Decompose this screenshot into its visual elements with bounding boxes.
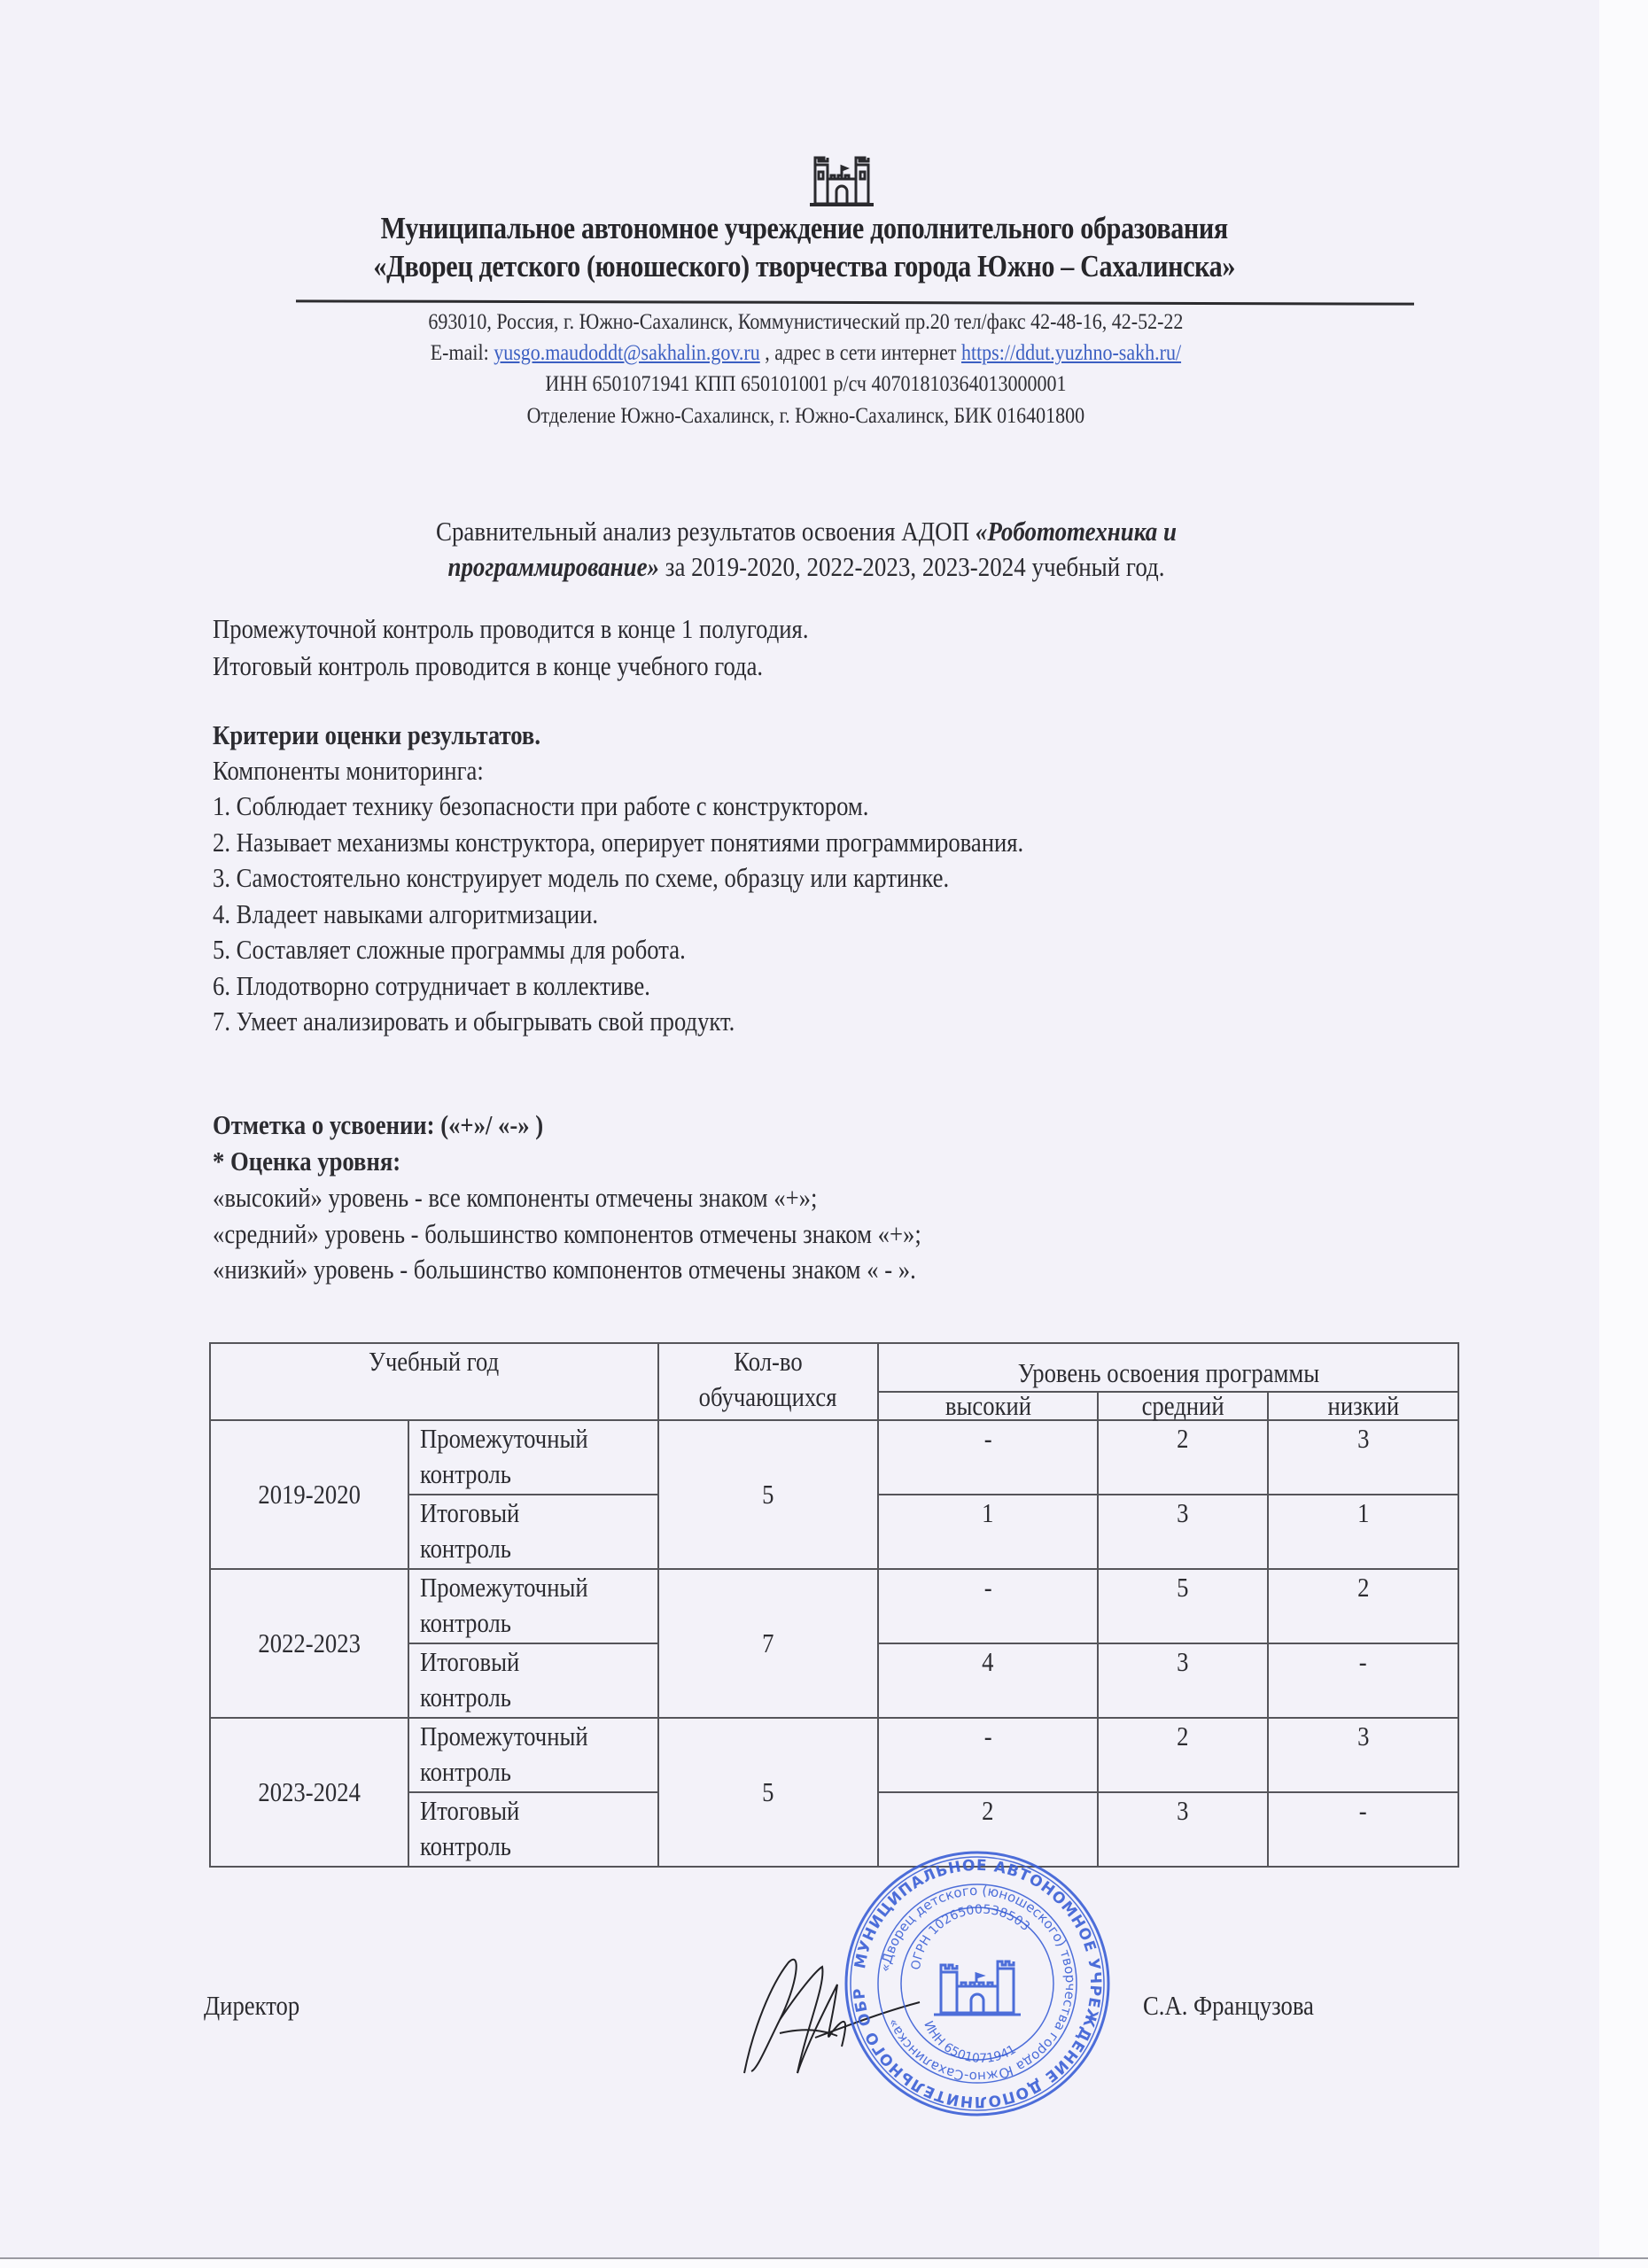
year-cell: 2022-2023 xyxy=(210,1569,408,1718)
level-medium-cell: 3 xyxy=(1098,1792,1268,1867)
website-link[interactable]: https://ddut.yuzhno-sakh.ru/ xyxy=(961,341,1181,365)
org-name-line2: «Дворец детского (юношеского) творчества… xyxy=(117,249,1492,284)
requisites-line: ИНН 6501071941 КПП 650101001 р/сч 407018… xyxy=(102,372,1509,397)
level-low-cell: 3 xyxy=(1268,1420,1458,1495)
student-count-cell: 5 xyxy=(658,1718,878,1867)
level-high-cell: - xyxy=(878,1569,1098,1643)
level-description: «низкий» уровень - большинство компонент… xyxy=(213,1254,916,1285)
header-medium: средний xyxy=(1098,1392,1268,1420)
results-table: Учебный год Кол-во обучающихся Уровень о… xyxy=(209,1342,1459,1868)
header-high: высокий xyxy=(878,1392,1098,1420)
program-name-part2: программирование» xyxy=(447,551,659,582)
document-title-line2: программирование» за 2019-2020, 2022-202… xyxy=(111,549,1502,585)
control-type-cell: Промежуточныйконтроль xyxy=(408,1420,658,1495)
header-divider xyxy=(296,299,1414,305)
control-type-cell: Промежуточныйконтроль xyxy=(408,1718,658,1792)
email-label: E-mail: xyxy=(431,341,494,365)
student-count-cell: 7 xyxy=(658,1569,878,1718)
level-low-cell: 1 xyxy=(1268,1495,1458,1569)
header-level-group: Уровень освоения программы xyxy=(878,1343,1458,1392)
document-page: Муниципальное автономное учреждение допо… xyxy=(0,0,1599,2257)
control-type-cell: Итоговыйконтроль xyxy=(408,1495,658,1569)
mark-heading: Отметка о усвоении: («+»/ «-» ) xyxy=(213,1109,543,1141)
website-label: , адрес в сети интернет xyxy=(760,341,961,365)
header-year: Учебный год xyxy=(210,1343,658,1420)
components-label: Компоненты мониторинга: xyxy=(213,755,484,787)
scan-margin-right xyxy=(1599,0,1648,2268)
control-type-cell: Итоговыйконтроль xyxy=(408,1643,658,1718)
document-title-line1: Сравнительный анализ результатов освоени… xyxy=(111,514,1502,549)
year-cell: 2019-2020 xyxy=(210,1420,408,1569)
level-high-cell: 4 xyxy=(878,1643,1098,1718)
criteria-item: 6. Плодотворно сотрудничает в коллективе… xyxy=(213,970,650,1002)
intro-line1: Промежуточной контроль проводится в конц… xyxy=(213,613,808,645)
email-link[interactable]: yusgo.maudoddt@sakhalin.gov.ru xyxy=(494,341,760,365)
criteria-item: 5. Составляет сложные программы для робо… xyxy=(213,934,686,966)
level-medium-cell: 2 xyxy=(1098,1718,1268,1792)
criteria-item: 2. Называет механизмы конструктора, опер… xyxy=(213,827,1023,858)
level-low-cell: 2 xyxy=(1268,1569,1458,1643)
title-prefix: Сравнительный анализ результатов освоени… xyxy=(436,516,976,547)
level-low-cell: 3 xyxy=(1268,1718,1458,1792)
header-low: низкий xyxy=(1268,1392,1458,1420)
level-description: «средний» уровень - большинство компонен… xyxy=(213,1218,921,1250)
criteria-item: 1. Соблюдает технику безопасности при ра… xyxy=(213,790,868,822)
level-description: «высокий» уровень - все компоненты отмеч… xyxy=(213,1182,817,1214)
level-medium-cell: 2 xyxy=(1098,1420,1268,1495)
header-student-count: Кол-во обучающихся xyxy=(658,1343,878,1420)
intro-line2: Итоговый контроль проводится в конце уче… xyxy=(213,650,763,682)
level-heading: * Оценка уровня: xyxy=(213,1146,400,1177)
table-row: 2023-2024Промежуточныйконтроль5-23 xyxy=(210,1718,1458,1792)
signatory-name: С.А. Французова xyxy=(1143,1990,1314,2022)
level-high-cell: - xyxy=(878,1718,1098,1792)
contacts-line: E-mail: yusgo.maudoddt@sakhalin.gov.ru ,… xyxy=(102,341,1509,366)
table-header-row: Учебный год Кол-во обучающихся Уровень о… xyxy=(210,1343,1458,1392)
org-name-line1: Муниципальное автономное учреждение допо… xyxy=(117,211,1492,246)
table-row: 2022-2023Промежуточныйконтроль7-52 xyxy=(210,1569,1458,1643)
level-low-cell: - xyxy=(1268,1792,1458,1867)
castle-icon xyxy=(806,152,877,207)
level-low-cell: - xyxy=(1268,1643,1458,1718)
criteria-heading: Критерии оценки результатов. xyxy=(213,719,540,751)
address-line: 693010, Россия, г. Южно-Сахалинск, Комму… xyxy=(102,310,1509,335)
level-medium-cell: 3 xyxy=(1098,1643,1268,1718)
level-high-cell: 1 xyxy=(878,1495,1098,1569)
control-type-cell: Итоговыйконтроль xyxy=(408,1792,658,1867)
criteria-item: 7. Умеет анализировать и обыгрывать свой… xyxy=(213,1006,735,1037)
table-row: 2019-2020Промежуточныйконтроль5-23 xyxy=(210,1420,1458,1495)
criteria-item: 3. Самостоятельно конструирует модель по… xyxy=(213,862,949,894)
criteria-item: 4. Владеет навыками алгоритмизации. xyxy=(213,898,598,930)
student-count-cell: 5 xyxy=(658,1420,878,1569)
signatory-role: Директор xyxy=(204,1990,299,2022)
control-type-cell: Промежуточныйконтроль xyxy=(408,1569,658,1643)
scan-margin-bottom xyxy=(0,2257,1648,2268)
year-cell: 2023-2024 xyxy=(210,1718,408,1867)
stamp-seal-icon: МУНИЦИПАЛЬНОЕ АВТОНОМНОЕ УЧРЕЖДЕНИЕ ДОПО… xyxy=(840,1846,1115,2121)
program-name-part1: «Робототехника и xyxy=(976,516,1177,547)
title-suffix: за 2019-2020, 2022-2023, 2023-2024 учебн… xyxy=(659,551,1164,582)
level-medium-cell: 3 xyxy=(1098,1495,1268,1569)
level-medium-cell: 5 xyxy=(1098,1569,1268,1643)
level-high-cell: - xyxy=(878,1420,1098,1495)
bank-line: Отделение Южно-Сахалинск, г. Южно-Сахали… xyxy=(102,404,1509,429)
